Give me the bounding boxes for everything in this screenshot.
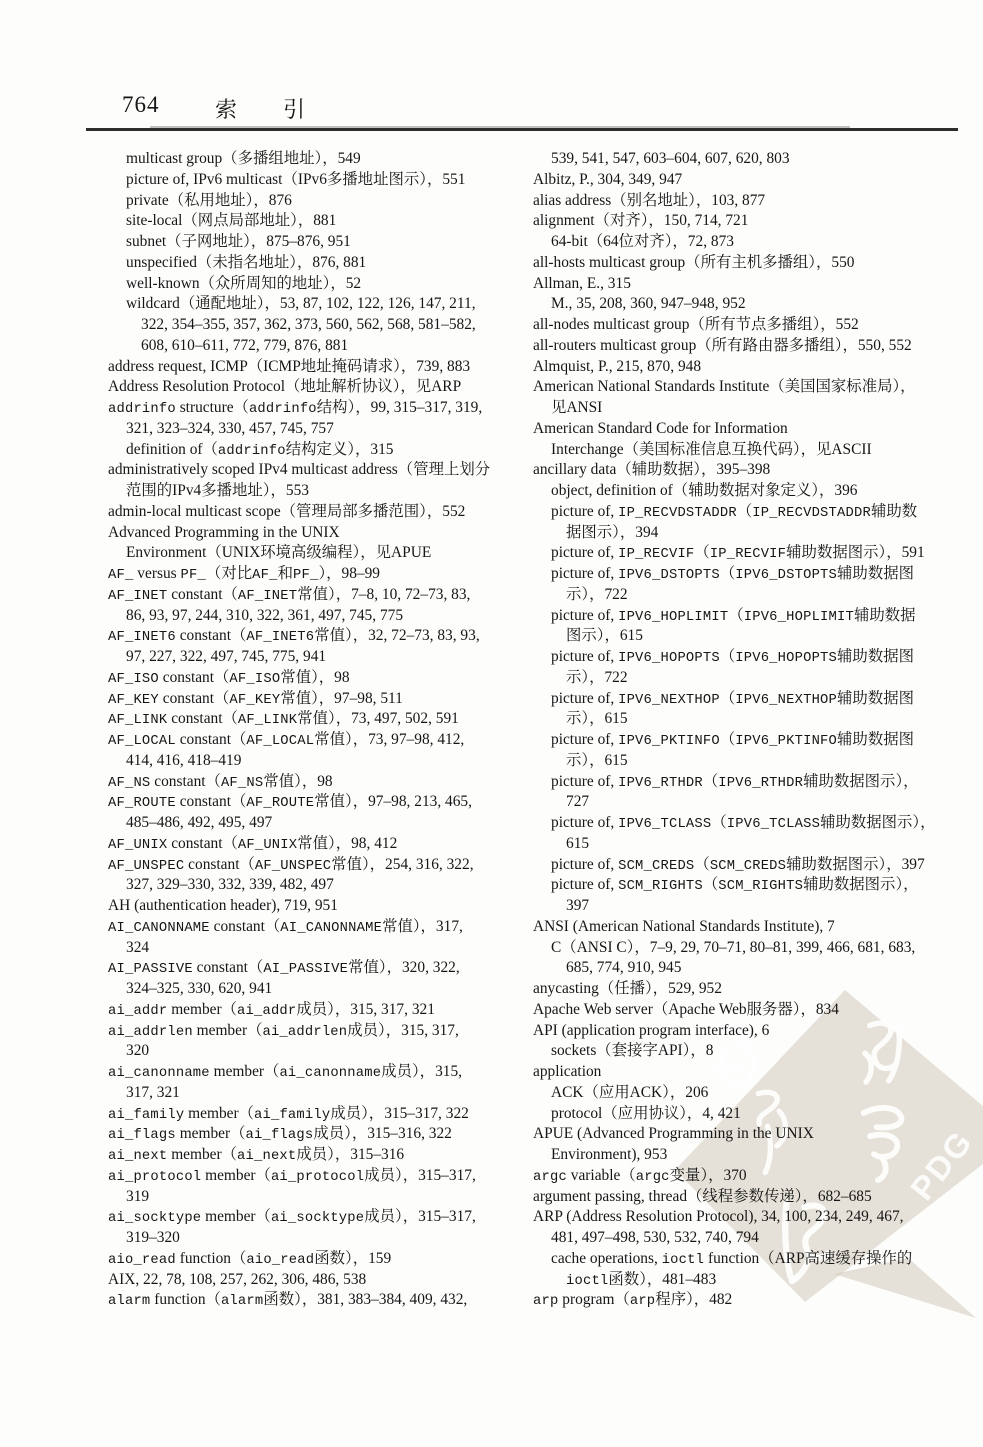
index-entry-line: 397 [533,896,953,917]
index-entry-line: protocol（应用协议），4, 421 [533,1104,953,1125]
index-entry-line: object, definition of（辅助数据对象定义），396 [533,481,953,502]
index-entry-line: ACK（应用ACK），206 [533,1083,953,1104]
index-entry-line: picture of, SCM_RIGHTS（SCM_RIGHTS辅助数据图示）… [533,875,953,896]
index-entry-line: 324 [108,938,510,959]
index-entry-line: admin-local multicast scope（管理局部多播范围），55… [108,502,510,523]
index-entry-line: all-nodes multicast group（所有节点多播组），552 [533,315,953,336]
index-entry-line: AI_CANONNAME constant（AI_CANONNAME常值），31… [108,917,510,938]
index-entry-line: API (application program interface), 6 [533,1021,953,1042]
index-entry-line: picture of, IPV6_NEXTHOP（IPV6_NEXTHOP辅助数… [533,689,953,710]
index-entry-line: AF_UNSPEC constant（AF_UNSPEC常值），254, 316… [108,855,510,876]
index-entry-line: well-known（众所周知的地址），52 [108,274,510,295]
index-entry-line: arp program（arp程序），482 [533,1290,953,1311]
index-entry-line: AIX, 22, 78, 108, 257, 262, 306, 486, 53… [108,1270,510,1291]
index-entry-line: AF_INET constant（AF_INET常值），7–8, 10, 72–… [108,585,510,606]
index-entry-line: AF_ versus PF_（对比AF_和PF_），98–99 [108,564,510,585]
index-entry-line: picture of, IPv6 multicast（IPv6多播地址图示），5… [108,170,510,191]
index-entry-line: AF_LOCAL constant（AF_LOCAL常值），73, 97–98,… [108,730,510,751]
index-entry-line: 322, 354–355, 357, 362, 373, 560, 562, 5… [108,315,510,336]
header-rule [86,128,958,131]
index-entry-line: unspecified（未指名地址），876, 881 [108,253,510,274]
index-entry-line: sockets（套接字API），8 [533,1041,953,1062]
index-entry-line: private（私用地址），876 [108,191,510,212]
index-column-left: multicast group（多播组地址），549picture of, IP… [108,149,510,1311]
index-entry-line: 321, 323–324, 330, 457, 745, 757 [108,419,510,440]
index-entry-line: Interchange（美国标准信息互换代码），见ASCII [533,440,953,461]
index-entry-line: argc variable（argc变量），370 [533,1166,953,1187]
index-entry-line: definition of（addrinfo结构定义），315 [108,440,510,461]
index-entry-line: picture of, IPV6_DSTOPTS（IPV6_DSTOPTS辅助数… [533,564,953,585]
index-entry-line: AF_KEY constant（AF_KEY常值），97–98, 511 [108,689,510,710]
index-entry-line: Albitz, P., 304, 349, 947 [533,170,953,191]
index-entry-line: ai_next member（ai_next成员），315–316 [108,1145,510,1166]
index-entry-line: ARP (Address Resolution Protocol), 34, 1… [533,1207,953,1228]
index-entry-line: 414, 416, 418–419 [108,751,510,772]
index-entry-line: all-routers multicast group（所有路由器多播组），55… [533,336,953,357]
index-entry-line: aio_read function（aio_read函数），159 [108,1249,510,1270]
index-entry-line: picture of, IP_RECVDSTADDR（IP_RECVDSTADD… [533,502,953,523]
index-entry-line: wildcard（通配地址），53, 87, 102, 122, 126, 14… [108,294,510,315]
index-entry-line: subnet（子网地址），875–876, 951 [108,232,510,253]
index-entry-line: Address Resolution Protocol（地址解析协议），见ARP [108,377,510,398]
index-entry-line: 481, 497–498, 530, 532, 740, 794 [533,1228,953,1249]
index-entry-line: 见ANSI [533,398,953,419]
index-entry-line: picture of, IPV6_HOPLIMIT（IPV6_HOPLIMIT辅… [533,606,953,627]
index-entry-line: anycasting（任播），529, 952 [533,979,953,1000]
index-entry-line: Environment（UNIX环境高级编程），见APUE [108,543,510,564]
index-entry-line: 327, 329–330, 332, 339, 482, 497 [108,875,510,896]
index-entry-line: multicast group（多播组地址），549 [108,149,510,170]
index-entry-line: Advanced Programming in the UNIX [108,523,510,544]
index-entry-line: AF_ISO constant（AF_ISO常值），98 [108,668,510,689]
index-entry-line: Environment), 953 [533,1145,953,1166]
index-entry-line: addrinfo structure（addrinfo结构），99, 315–3… [108,398,510,419]
index-column-right: 539, 541, 547, 603–604, 607, 620, 803Alb… [533,149,953,1311]
index-entry-line: administratively scoped IPv4 multicast a… [108,460,510,481]
index-entry-line: AF_LINK constant（AF_LINK常值），73, 497, 502… [108,709,510,730]
index-entry-line: AH (authentication header), 719, 951 [108,896,510,917]
index-entry-line: AF_NS constant（AF_NS常值），98 [108,772,510,793]
index-entry-line: 485–486, 492, 495, 497 [108,813,510,834]
index-entry-line: 319–320 [108,1228,510,1249]
index-entry-line: ai_protocol member（ai_protocol成员），315–31… [108,1166,510,1187]
index-entry-line: AF_UNIX constant（AF_UNIX常值），98, 412 [108,834,510,855]
index-entry-line: picture of, IPV6_PKTINFO（IPV6_PKTINFO辅助数… [533,730,953,751]
index-entry-line: 615 [533,834,953,855]
index-entry-line: picture of, IPV6_TCLASS（IPV6_TCLASS辅助数据图… [533,813,953,834]
index-entry-line: alarm function（alarm函数），381, 383–384, 40… [108,1290,510,1311]
index-entry-line: 范围的IPv4多播地址），553 [108,481,510,502]
index-entry-line: cache operations, ioctl function（ARP高速缓存… [533,1249,953,1270]
index-entry-line: argument passing, thread（线程参数传递），682–685 [533,1187,953,1208]
index-entry-line: ancillary data（辅助数据），395–398 [533,460,953,481]
index-entry-line: picture of, SCM_CREDS（SCM_CREDS辅助数据图示），3… [533,855,953,876]
index-entry-line: picture of, IPV6_RTHDR（IPV6_RTHDR辅助数据图示）… [533,772,953,793]
index-entry-line: 320 [108,1041,510,1062]
index-entry-line: American National Standards Institute（美国… [533,377,953,398]
index-entry-line: alias address（别名地址），103, 877 [533,191,953,212]
index-entry-line: 示），615 [533,751,953,772]
page-number: 764 [122,92,160,118]
index-entry-line: 示），722 [533,668,953,689]
index-entry-line: address request, ICMP（ICMP地址掩码请求），739, 8… [108,357,510,378]
index-entry-line: APUE (Advanced Programming in the UNIX [533,1124,953,1145]
index-entry-line: American Standard Code for Information [533,419,953,440]
index-entry-line: Apache Web server（Apache Web服务器），834 [533,1000,953,1021]
index-entry-line: 727 [533,792,953,813]
index-entry-line: M., 35, 208, 360, 947–948, 952 [533,294,953,315]
index-entry-line: C（ANSI C），7–9, 29, 70–71, 80–81, 399, 46… [533,938,953,959]
index-entry-line: 64-bit（64位对齐），72, 873 [533,232,953,253]
index-entry-line: ai_addrlen member（ai_addrlen成员），315, 317… [108,1021,510,1042]
index-entry-line: 685, 774, 910, 945 [533,958,953,979]
index-entry-line: ai_addr member（ai_addr成员），315, 317, 321 [108,1000,510,1021]
index-entry-line: 317, 321 [108,1083,510,1104]
index-entry-line: picture of, IPV6_HOPOPTS（IPV6_HOPOPTS辅助数… [533,647,953,668]
index-entry-line: 图示），615 [533,626,953,647]
index-entry-line: 324–325, 330, 620, 941 [108,979,510,1000]
book-index-page: PDG 764 索引 multicast group（多播组地址），549pic… [0,0,983,1447]
index-entry-line: ai_flags member（ai_flags成员），315–316, 322 [108,1124,510,1145]
index-entry-line: AF_ROUTE constant（AF_ROUTE常值），97–98, 213… [108,792,510,813]
index-entry-line: alignment（对齐），150, 714, 721 [533,211,953,232]
index-entry-line: picture of, IP_RECVIF（IP_RECVIF辅助数据图示），5… [533,543,953,564]
index-entry-line: Almquist, P., 215, 870, 948 [533,357,953,378]
index-entry-line: ioctl函数），481–483 [533,1270,953,1291]
index-entry-line: site-local（网点局部地址），881 [108,211,510,232]
index-entry-line: all-hosts multicast group（所有主机多播组），550 [533,253,953,274]
index-entry-line: 608, 610–611, 772, 779, 876, 881 [108,336,510,357]
index-entry-line: ANSI (American National Standards Instit… [533,917,953,938]
index-entry-line: 97, 227, 322, 497, 745, 775, 941 [108,647,510,668]
index-entry-line: application [533,1062,953,1083]
index-entry-line: 据图示），394 [533,523,953,544]
index-entry-line: 示），615 [533,709,953,730]
index-entry-line: AI_PASSIVE constant（AI_PASSIVE常值），320, 3… [108,958,510,979]
page-title: 索引 [215,93,351,124]
index-entry-line: 539, 541, 547, 603–604, 607, 620, 803 [533,149,953,170]
index-entry-line: Allman, E., 315 [533,274,953,295]
index-entry-line: ai_canonname member（ai_canonname成员），315, [108,1062,510,1083]
index-entry-line: AF_INET6 constant（AF_INET6常值），32, 72–73,… [108,626,510,647]
index-entry-line: 86, 93, 97, 244, 310, 322, 361, 497, 745… [108,606,510,627]
index-entry-line: 示），722 [533,585,953,606]
index-entry-line: ai_family member（ai_family成员），315–317, 3… [108,1104,510,1125]
index-entry-line: ai_socktype member（ai_socktype成员），315–31… [108,1207,510,1228]
index-entry-line: 319 [108,1187,510,1208]
